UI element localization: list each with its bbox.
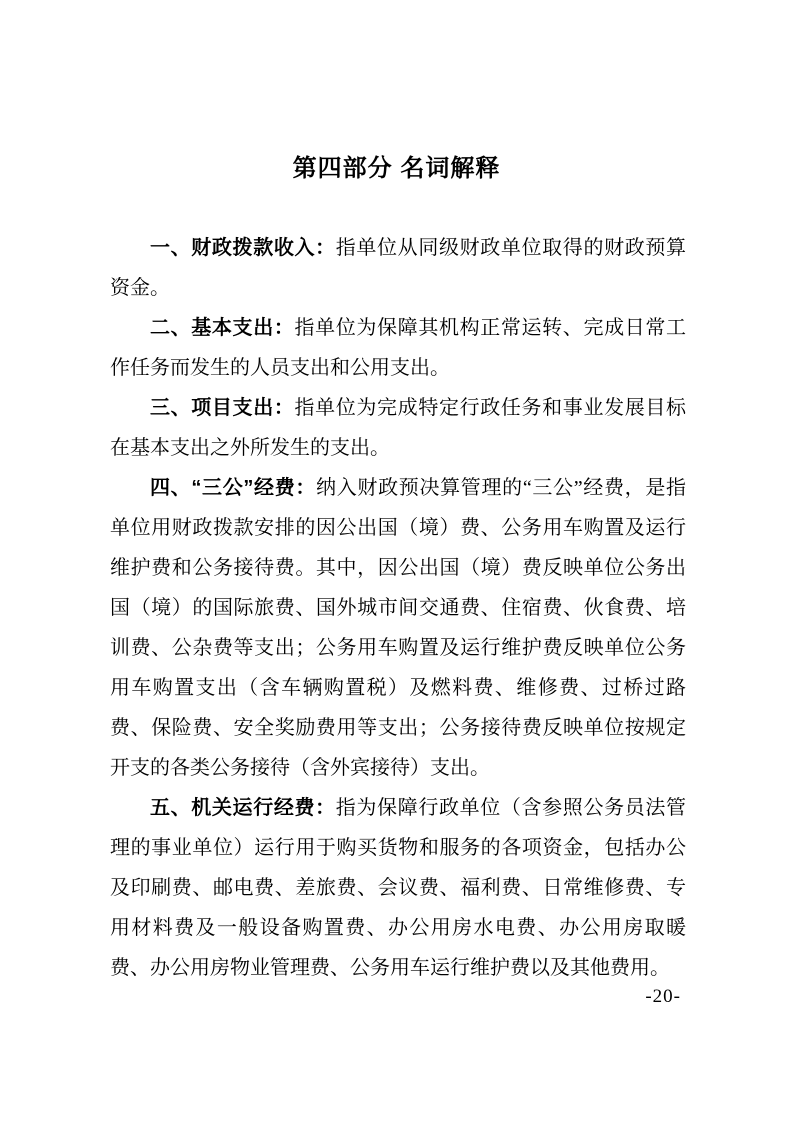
term-lead: 一、财政拨款收入： (150, 237, 336, 259)
document-body: 一、财政拨款收入：指单位从同级财政单位取得的财政预算资金。 二、基本支出：指单位… (110, 228, 686, 988)
term-text: 指为保障行政单位（含参照公务员法管理的事业单位）运行用于购买货物和服务的各项资金… (110, 797, 686, 979)
term-lead: 四、“三公”经费： (150, 477, 316, 499)
term-lead: 五、机关运行经费： (150, 797, 336, 819)
term-definition-fiscal-appropriation-income: 一、财政拨款收入：指单位从同级财政单位取得的财政预算资金。 (110, 228, 686, 308)
term-definition-agency-operating-funds: 五、机关运行经费：指为保障行政单位（含参照公务员法管理的事业单位）运行用于购买货… (110, 788, 686, 988)
term-definition-basic-expenditure: 二、基本支出：指单位为保障其机构正常运转、完成日常工作任务而发生的人员支出和公用… (110, 308, 686, 388)
document-page: 第四部分 名词解释 一、财政拨款收入：指单位从同级财政单位取得的财政预算资金。 … (0, 0, 793, 1122)
term-lead: 三、项目支出： (150, 397, 294, 419)
term-lead: 二、基本支出： (150, 317, 294, 339)
page-title: 第四部分 名词解释 (0, 148, 793, 183)
term-text: 纳入财政预决算管理的“三公”经费，是指单位用财政拨款安排的因公出国（境）费、公务… (110, 477, 686, 779)
page-number: -20- (645, 986, 681, 1008)
term-definition-project-expenditure: 三、项目支出：指单位为完成特定行政任务和事业发展目标在基本支出之外所发生的支出。 (110, 388, 686, 468)
term-definition-three-public-funds: 四、“三公”经费：纳入财政预决算管理的“三公”经费，是指单位用财政拨款安排的因公… (110, 468, 686, 788)
